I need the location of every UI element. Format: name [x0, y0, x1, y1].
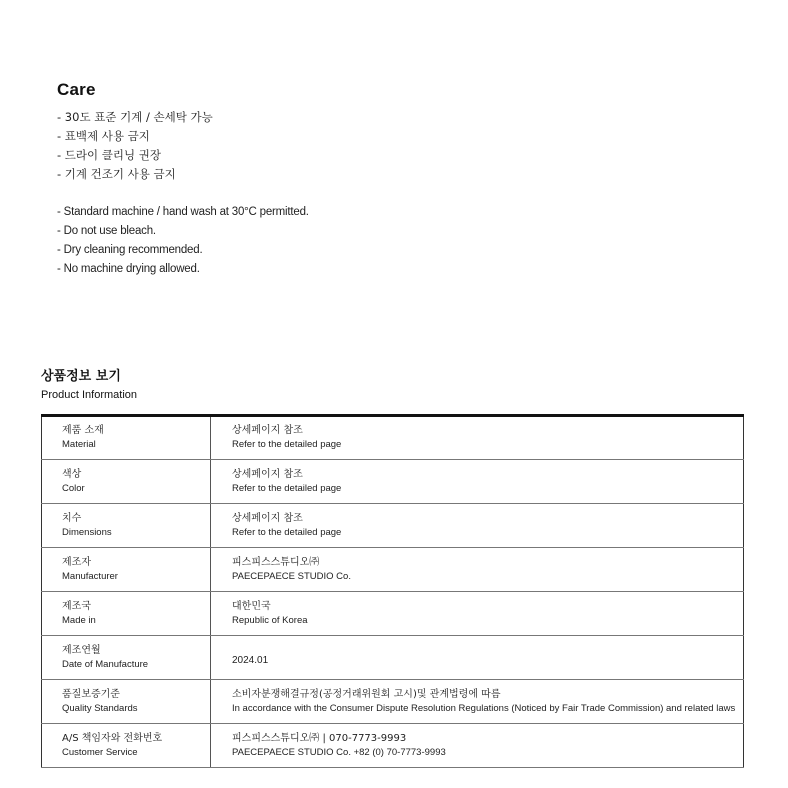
table-row: 제조국 Made in 대한민국 Republic of Korea — [42, 592, 744, 636]
care-list-korean: - 30도 표준 기계 / 손세탁 가능 - 표백제 사용 금지 - 드라이 클… — [57, 108, 309, 184]
label-english: Customer Service — [62, 746, 210, 760]
label-english: Made in — [62, 614, 210, 628]
row-label: 품질보증기준 Quality Standards — [42, 680, 211, 724]
label-english: Color — [62, 482, 210, 496]
care-item: - No machine drying allowed. — [57, 260, 309, 279]
label-korean: 치수 — [62, 512, 210, 526]
row-label: 제조연월 Date of Manufacture — [42, 636, 211, 680]
product-info-title: 상품정보 보기 — [41, 368, 744, 386]
row-label: 제품 소재 Material — [42, 416, 211, 460]
value-english: In accordance with the Consumer Dispute … — [232, 702, 743, 716]
care-item: - Standard machine / hand wash at 30°C p… — [57, 203, 309, 222]
care-item: - Do not use bleach. — [57, 222, 309, 241]
label-english: Manufacturer — [62, 570, 210, 584]
table-row: 제조자 Manufacturer 피스피스스튜디오㈜ PAECEPAECE ST… — [42, 548, 744, 592]
value-korean: 피스피스스튜디오㈜ — [232, 556, 743, 570]
label-english: Dimensions — [62, 526, 210, 540]
product-info-table: 제품 소재 Material 상세페이지 참조 Refer to the det… — [41, 414, 744, 768]
value-korean: 대한민국 — [232, 600, 743, 614]
care-item: - 드라이 클리닝 권장 — [57, 146, 309, 165]
value-korean: 소비자분쟁해결규정(공정거래위원회 고시)및 관계법령에 따름 — [232, 688, 743, 702]
table-row: 제품 소재 Material 상세페이지 참조 Refer to the det… — [42, 416, 744, 460]
label-korean: 제품 소재 — [62, 424, 210, 438]
value-english: Refer to the detailed page — [232, 482, 743, 496]
label-english: Date of Manufacture — [62, 658, 210, 672]
row-value: 피스피스스튜디오㈜ PAECEPAECE STUDIO Co. — [211, 548, 744, 592]
row-value: 피스피스스튜디오㈜ | 070-7773-9993 PAECEPAECE STU… — [211, 724, 744, 768]
value-english: PAECEPAECE STUDIO Co. +82 (0) 70-7773-99… — [232, 746, 743, 760]
product-info-section: 상품정보 보기 Product Information 제품 소재 Materi… — [41, 368, 744, 403]
value-english: PAECEPAECE STUDIO Co. — [232, 570, 743, 584]
value-english: Refer to the detailed page — [232, 438, 743, 452]
care-title: Care — [57, 80, 309, 100]
value-date: 2024.01 — [232, 655, 268, 666]
value-korean: 상세페이지 참조 — [232, 468, 743, 482]
label-english: Quality Standards — [62, 702, 210, 716]
table-row: 품질보증기준 Quality Standards 소비자분쟁해결규정(공정거래위… — [42, 680, 744, 724]
row-value: 소비자분쟁해결규정(공정거래위원회 고시)및 관계법령에 따름 In accor… — [211, 680, 744, 724]
row-value: 2024.01 — [211, 636, 744, 680]
value-korean: 피스피스스튜디오㈜ | 070-7773-9993 — [232, 732, 743, 746]
product-info-subtitle: Product Information — [41, 388, 744, 403]
row-label: 색상 Color — [42, 460, 211, 504]
row-value: 상세페이지 참조 Refer to the detailed page — [211, 504, 744, 548]
table-row: 치수 Dimensions 상세페이지 참조 Refer to the deta… — [42, 504, 744, 548]
row-value: 상세페이지 참조 Refer to the detailed page — [211, 460, 744, 504]
label-english: Material — [62, 438, 210, 452]
table-row: 제조연월 Date of Manufacture 2024.01 — [42, 636, 744, 680]
row-label: 치수 Dimensions — [42, 504, 211, 548]
row-label: 제조자 Manufacturer — [42, 548, 211, 592]
care-item: - Dry cleaning recommended. — [57, 241, 309, 260]
row-label: 제조국 Made in — [42, 592, 211, 636]
value-korean: 상세페이지 참조 — [232, 512, 743, 526]
label-korean: 제조국 — [62, 600, 210, 614]
label-korean: A/S 책임자와 전화번호 — [62, 732, 210, 746]
row-label: A/S 책임자와 전화번호 Customer Service — [42, 724, 211, 768]
care-item: - 기계 건조기 사용 금지 — [57, 165, 309, 184]
label-korean: 품질보증기준 — [62, 688, 210, 702]
label-korean: 제조연월 — [62, 644, 210, 658]
row-value: 상세페이지 참조 Refer to the detailed page — [211, 416, 744, 460]
label-korean: 색상 — [62, 468, 210, 482]
value-english: Republic of Korea — [232, 614, 743, 628]
care-item: - 30도 표준 기계 / 손세탁 가능 — [57, 108, 309, 127]
value-korean: 상세페이지 참조 — [232, 424, 743, 438]
table-row: A/S 책임자와 전화번호 Customer Service 피스피스스튜디오㈜… — [42, 724, 744, 768]
care-list-english: - Standard machine / hand wash at 30°C p… — [57, 203, 309, 279]
care-section: Care - 30도 표준 기계 / 손세탁 가능 - 표백제 사용 금지 - … — [57, 80, 309, 279]
care-item: - 표백제 사용 금지 — [57, 127, 309, 146]
label-korean: 제조자 — [62, 556, 210, 570]
table-row: 색상 Color 상세페이지 참조 Refer to the detailed … — [42, 460, 744, 504]
row-value: 대한민국 Republic of Korea — [211, 592, 744, 636]
value-english: Refer to the detailed page — [232, 526, 743, 540]
